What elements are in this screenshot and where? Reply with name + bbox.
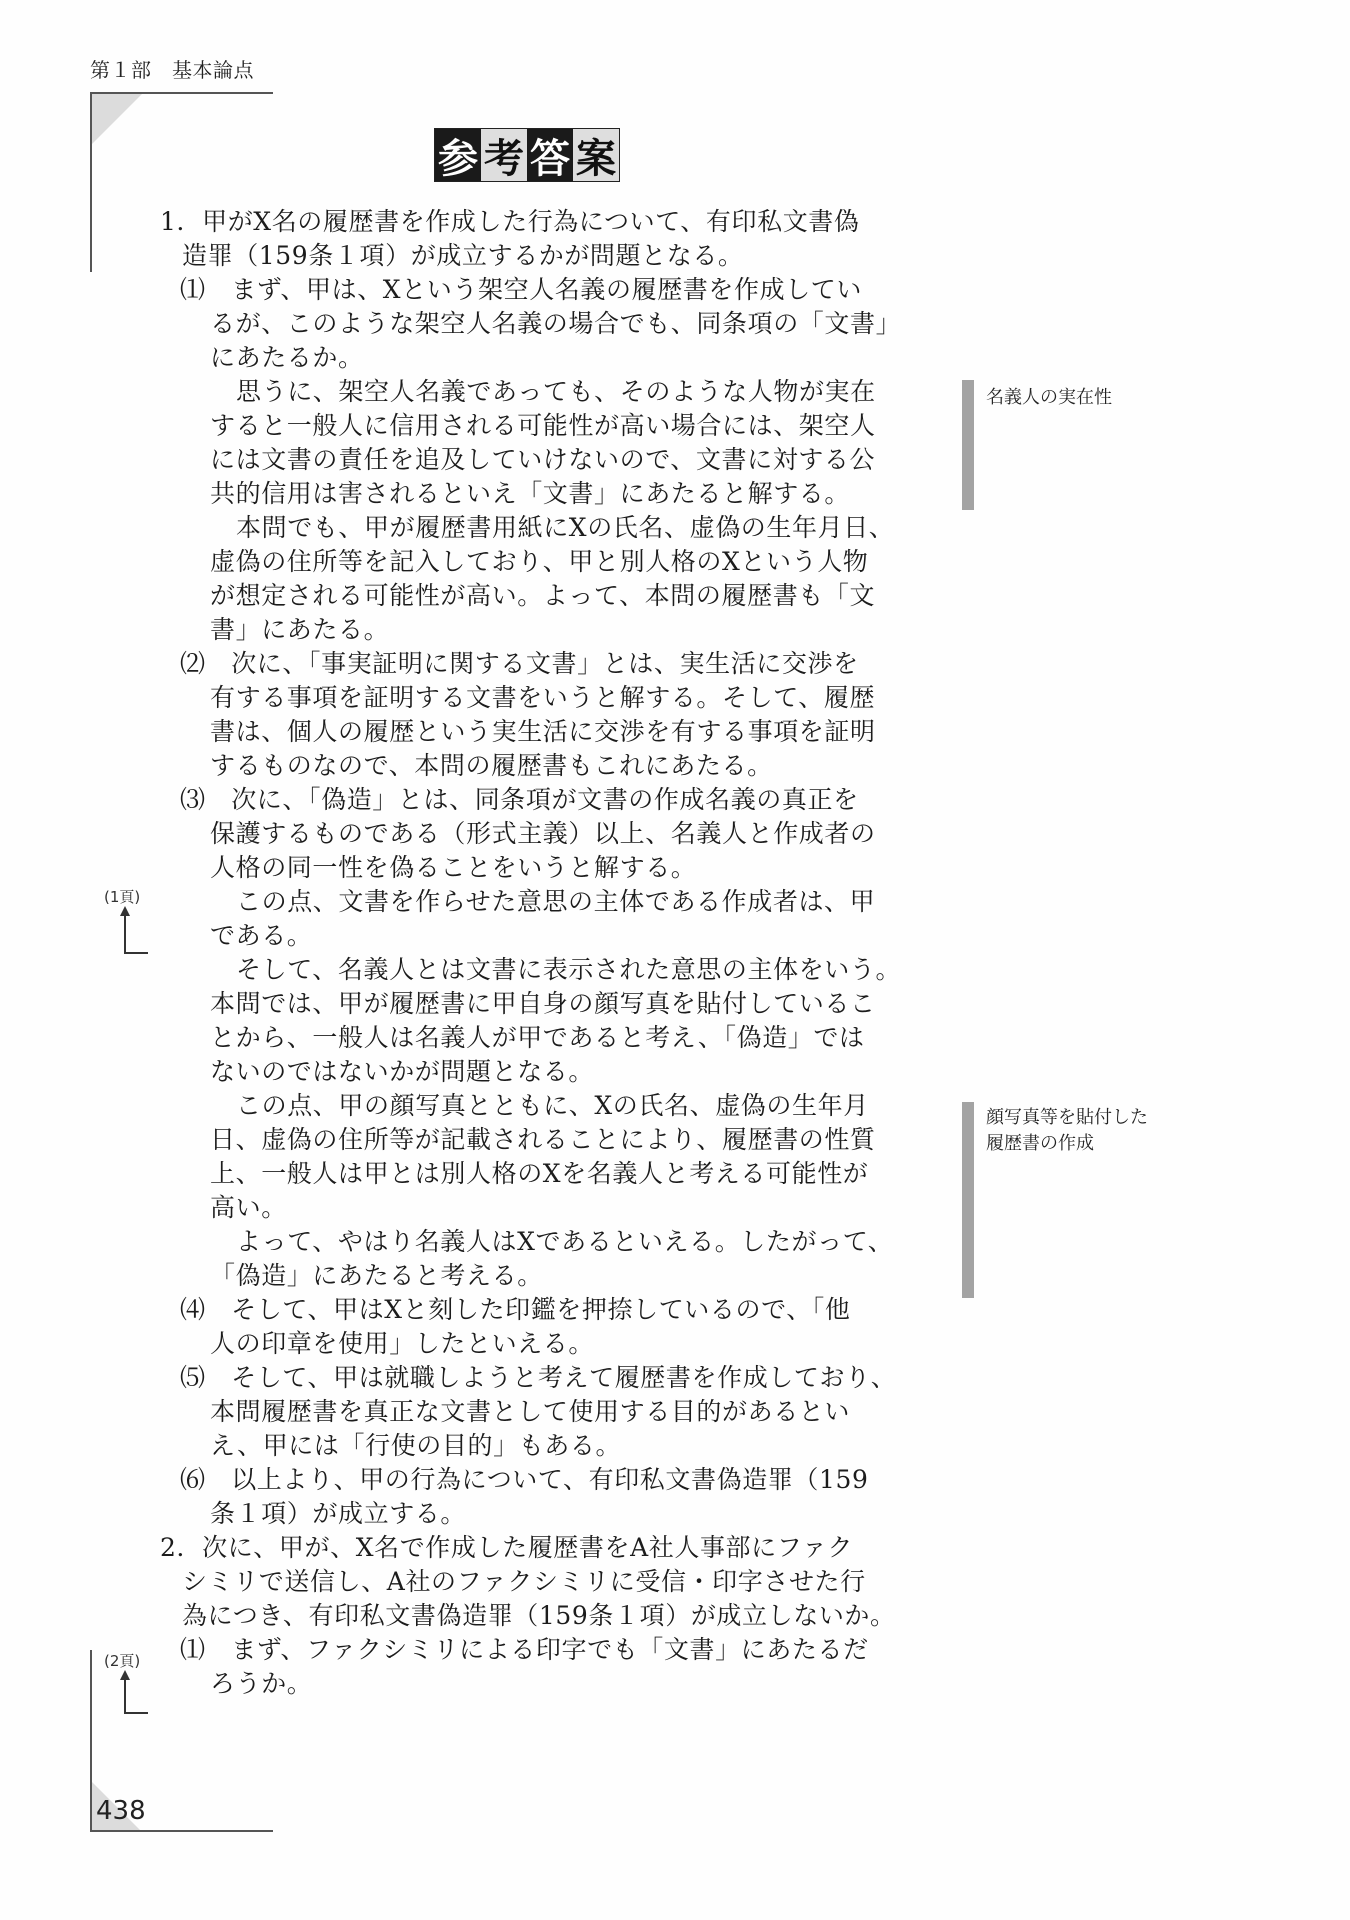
text-line: 1．甲がX名の履歴書を作成した行為について、有印私文書偽 [160,205,860,239]
text-line: するものなので、本問の履歴書もこれにあたる。 [210,749,773,783]
text-line: ⑵ 次に、「事実証明に関する文書」とは、実生活に交渉を [180,647,859,681]
text-line: 虚偽の住所等を記入しており、甲と別人格のXという人物 [210,545,868,579]
text-line: ないのではないかが問題となる。 [210,1055,594,1089]
text-line: そして、名義人とは文書に表示された意思の主体をいう。 [236,953,901,987]
text-line: 上、一般人は甲とは別人格のXを名義人と考える可能性が [210,1157,868,1191]
text-line: とから、一般人は名義人が甲であると考え、「偽造」では [210,1021,865,1055]
title-char-1: 参 [435,129,481,181]
text-line: ⑷ そして、甲はXと刻した印鑑を押捺しているので、「他 [180,1293,851,1327]
text-line: 保護するものである（形式主義）以上、名義人と作成者の [210,817,876,851]
page-ref-label: (2頁) [104,1650,140,1671]
title-char-3: 答 [527,129,573,181]
text-line: 「偽造」にあたると考える。 [210,1259,543,1293]
arrow-foot [124,1712,148,1714]
margin-note-label: 顔写真等を貼付した [986,1105,1148,1131]
text-line: シミリで送信し、A社のファクシミリに受信・印字させた行 [182,1565,866,1599]
section-title: 参 考 答 案 [434,128,620,182]
arrow-shaft [124,1678,126,1714]
text-line: 本問でも、甲が履歴書用紙にXの氏名、虚偽の生年月日、 [236,511,894,545]
text-line: よって、やはり名義人はXであるといえる。したがって、 [236,1225,893,1259]
page-number: 438 [96,1796,146,1826]
text-line: 高い。 [210,1191,287,1225]
text-line: この点、甲の顔写真とともに、Xの氏名、虚偽の生年月 [236,1089,869,1123]
text-line: 条１項）が成立する。 [210,1497,466,1531]
text-line: 2．次に、甲が、X名で作成した履歴書をA社人事部にファク [160,1531,853,1565]
text-line: 書は、個人の履歴という実生活に交渉を有する事項を証明 [210,715,876,749]
text-line: 書」にあたる。 [210,613,389,647]
text-line: るが、このような架空人名義の場合でも、同条項の「文書」 [210,307,901,341]
text-line: すると一般人に信用される可能性が高い場合には、架空人 [210,409,876,443]
text-line: 本問では、甲が履歴書に甲自身の顔写真を貼付しているこ [210,987,876,1021]
text-line: ⑸ そして、甲は就職しようと考えて履歴書を作成しており、 [180,1361,896,1395]
text-line: 思うに、架空人名義であっても、そのような人物が実在 [236,375,876,409]
arrow-foot [124,952,148,954]
margin-note-bar [962,1102,974,1298]
frame-bottom-rule [90,1830,273,1832]
title-char-2: 考 [481,129,527,181]
running-head: 第１部 基本論点 [90,54,254,83]
text-line: この点、文書を作らせた意思の主体である作成者は、甲 [236,885,875,919]
text-line: 日、虚偽の住所等が記載されることにより、履歴書の性質 [210,1123,876,1157]
arrow-shaft [124,914,126,954]
margin-note-bar [962,380,974,510]
text-line: 本問履歴書を真正な文書として使用する目的があるとい [210,1395,850,1429]
text-line: え、甲には「行使の目的」もある。 [210,1429,621,1463]
text-line: には文書の責任を追及していけないので、文書に対する公 [210,443,875,477]
text-line: ⑹ 以上より、甲の行為について、有印私文書偽造罪（159 [180,1463,869,1497]
margin-note-label: 履歴書の作成 [986,1131,1094,1157]
text-line: ⑶ 次に、「偽造」とは、同条項が文書の作成名義の真正を [180,783,859,817]
text-line: 人格の同一性を偽ることをいうと解する。 [210,851,696,885]
text-line: にあたるか。 [210,341,364,375]
text-line: である。 [210,919,312,953]
text-line: 人の印章を使用」したといえる。 [210,1327,594,1361]
corner-triangle-top [92,94,142,144]
text-line: ⑴ まず、ファクシミリによる印字でも「文書」にあたるだ [180,1633,869,1667]
text-line: 造罪（159条１項）が成立するかが問題となる。 [182,239,744,273]
text-line: 為につき、有印私文書偽造罪（159条１項）が成立しないか。 [182,1599,896,1633]
text-line: ろうか。 [210,1667,312,1701]
text-line: 共的信用は害されるといえ「文書」にあたると解する。 [210,477,850,511]
text-line: が想定される可能性が高い。よって、本問の履歴書も「文 [210,579,875,613]
page-ref-label: (1頁) [104,886,140,907]
title-char-4: 案 [573,129,619,181]
text-line: ⑴ まず、甲は、Xという架空人名義の履歴書を作成してい [180,273,862,307]
margin-note-label: 名義人の実在性 [986,385,1112,411]
text-line: 有する事項を証明する文書をいうと解する。そして、履歴 [210,681,875,715]
